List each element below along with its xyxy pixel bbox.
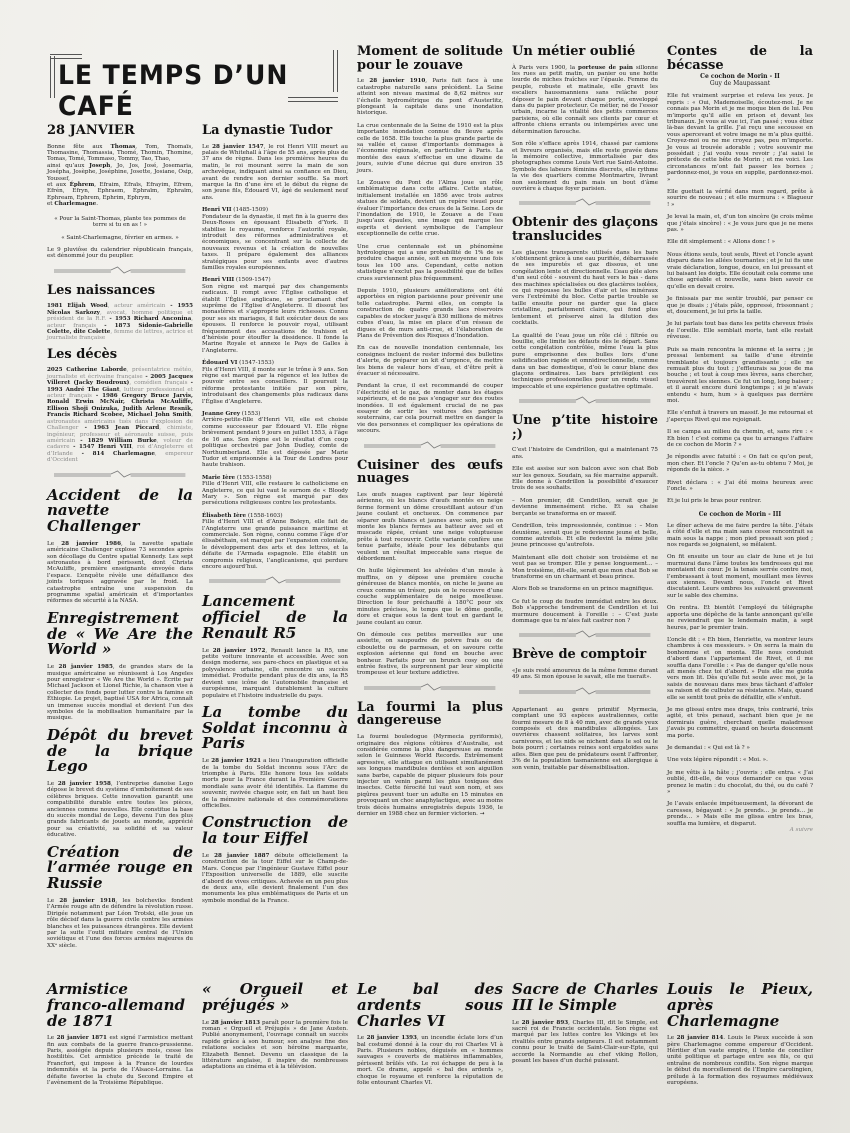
bottom-body: Le 28 janvier 1871 est signé l’armistice… (47, 1035, 193, 1086)
conte-para: Je finissais par me sentir troublé, par … (667, 296, 813, 315)
r5-body: Le 28 janvier 1972, Renault lance la R5,… (202, 648, 348, 699)
bottom-body: Le 28 janvier 814. Louis le Pieux succèd… (667, 1035, 813, 1086)
contes-subtitle: Ce cochon de Morin - II (667, 73, 813, 80)
bottom-heading: Armistice franco-allemand de 1871 (47, 982, 193, 1029)
conte-para: On fit ensuite un tour au clair de lune … (667, 554, 813, 599)
conte-para: Elle guettait la vérité dans mon regard,… (667, 189, 813, 208)
bottom-heading: « Orgueil et préjugés » (202, 982, 348, 1014)
oeufs-heading: Cuisiner des œufs nuages (357, 459, 503, 486)
tudor-ruler: Jeanne Grey (1553)Arrière-petite-fille d… (202, 411, 348, 469)
lego-body: Le 28 janvier 1958, l’entreprise danoise… (47, 781, 193, 839)
fetes-paragraph: Bonne fête aux Thomas, Tom, Thomaïs, Tho… (47, 144, 193, 208)
column-1: 28 JANVIER Bonne fête aux Thomas, Tom, T… (47, 124, 193, 955)
naissances-heading: Les naissances (47, 284, 193, 298)
tudor-ruler: Henri VIII (1509-1547)Son règne est marq… (202, 277, 348, 354)
fourmi-heading: La fourmi la plus dangereuse (357, 701, 503, 728)
bottom-heading: Le bal des ardents sous Charles VI (357, 982, 503, 1029)
conte-para: Je lui parlais tout bas dans les petits … (667, 321, 813, 340)
conte-para: Elle dit simplement : « Allons donc ! » (667, 239, 813, 245)
eiffel-heading: Construction de la tour Eiffel (202, 815, 348, 847)
deces-list: 2025 Catherine Laborde, présentatrice mé… (47, 367, 193, 463)
histoire-para: Alors Bob se transforme en un prince mag… (512, 586, 658, 592)
contes-subtitle-2: Ce cochon de Morin - III (667, 511, 813, 518)
ornament-divider (519, 396, 650, 406)
histoire-para: Cendrillon, très impressionnée, continue… (512, 523, 658, 549)
bottom-body: Le 28 janvier 1393, un incendie éclate l… (357, 1035, 503, 1086)
zouave-heading: Moment de solitude pour le zouave (357, 45, 503, 72)
conte-para: Et je lui pris le bras pour rentrer. (667, 498, 813, 504)
fourmi-continued: Appartenant au genre primitif Myrmecia, … (512, 707, 658, 771)
lego-heading: Dépôt du brevet de la brique Lego (47, 728, 193, 775)
armee-body: Le 28 janvier 1918, les bolcheviks fonde… (47, 898, 193, 949)
histoire-heading: Une p’tite histoire ;) (512, 414, 658, 441)
zouave-p5: Depuis 1910, plusieurs améliorations ont… (357, 288, 503, 339)
conte-para: Je levai la main, et, d’un ton sincère (… (667, 214, 813, 233)
ornament-divider (519, 687, 650, 697)
conte-para: Nous étions seuls, tout seuls, Rivet et … (667, 252, 813, 290)
weare-heading: Enregistrement de « We Are the World » (47, 611, 193, 658)
zouave-p2: La crue centennale de la Seine de 1910 e… (357, 123, 503, 174)
ornament-divider (364, 683, 495, 693)
conte-para: Je l’avais enlacée impétueusement, la dé… (667, 801, 813, 827)
republican-calendar: Le 9 pluviôse du calendrier républicain … (47, 247, 193, 260)
bottom-article-1: Armistice franco-allemand de 1871 Le 28 … (47, 982, 193, 1093)
masthead-frame-left (50, 56, 55, 98)
ornament-divider (54, 266, 185, 276)
tudor-ruler: Henri VII (1485-1509)Fondateur de la dyn… (202, 207, 348, 271)
oeufs-p1: Les œufs nuages captivent par leur légèr… (357, 492, 503, 562)
zouave-p3: Le Zouave du Pont de l’Alma joue un rôle… (357, 180, 503, 238)
metier-p1: À Paris vers 1900, la porteuse de pain s… (512, 65, 658, 135)
glacons-p1: Les glaçons transparents utilisés dans l… (512, 250, 658, 327)
tudor-intro: Le 28 janvier 1547, le roi Henri VIII me… (202, 144, 348, 202)
proverb-2: « Saint-Charlemagne, février en armes. » (47, 235, 193, 241)
glacons-p2: La qualité de l’eau joue un rôle clé : f… (512, 333, 658, 391)
oeufs-p2: On huile légèrement les alvéoles d’un mo… (357, 568, 503, 626)
bottom-heading: Louis le Pieux, après Charlemagne (667, 982, 813, 1029)
conte-para: Le dîner acheva de me faire perdre la tê… (667, 523, 813, 549)
deces-heading: Les décès (47, 348, 193, 362)
armee-heading: Création de l’armée rouge en Russie (47, 845, 193, 892)
glacons-heading: Obtenir des glaçons translucides (512, 216, 658, 243)
eiffel-body: Le 28 janvier 1887 débute officiellement… (202, 853, 348, 904)
histoire-para: – Mon premier, dit Cendrillon, serait qu… (512, 498, 658, 517)
breve-quote: «Je suis resté amoureux de la même femme… (512, 668, 658, 681)
column-5: Contes de la bécasse Ce cochon de Morin … (667, 45, 813, 833)
column-3: Moment de solitude pour le zouave Le 28 … (357, 45, 503, 823)
tudor-ruler: Édouard VI (1547-1553)Fils d’Henri VIII,… (202, 360, 348, 405)
bottom-body: Le 28 janvier 893, Charles III, dit le S… (512, 1020, 658, 1065)
zouave-p1: Le 28 janvier 1910, Paris fait face à un… (357, 78, 503, 116)
challenger-body: Le 28 janvier 1986, la navette spatiale … (47, 541, 193, 605)
conte-para: Je me glissai entre mes draps, très cont… (667, 707, 813, 739)
column-2: La dynastie Tudor Le 28 janvier 1547, le… (202, 124, 348, 910)
soldat-body: Le 28 janvier 1921 a lieu l’inauguration… (202, 758, 348, 809)
zouave-p6: En cas de nouvelle inondation centennale… (357, 345, 503, 377)
arrow-right-icon: → (480, 811, 485, 817)
naissances-list: 1981 Elijah Wood, acteur américain - 195… (47, 303, 193, 341)
ornament-divider (209, 576, 340, 586)
contes-heading: Contes de la bécasse (667, 45, 813, 72)
conte-para: Rivet déclara : « J’ai été moins heureux… (667, 480, 813, 493)
proverb-1: « Pour la Saint-Thomas, plante tes pomme… (53, 216, 187, 229)
oeufs-p3: On démoule ces petites merveilles sur un… (357, 632, 503, 677)
masthead-title: LE TEMPS D’UN CAFÉ (58, 60, 318, 122)
conte-para: Je me vêtis à la hâte ; j’ouvris ; elle … (667, 770, 813, 796)
fourmi-body: La fourmi bouledogue (Myrmecia pyriformi… (357, 734, 503, 817)
challenger-heading: Accident de la navette Challenger (47, 488, 193, 535)
tudor-heading: La dynastie Tudor (202, 124, 348, 138)
masthead-frame-right (333, 50, 338, 92)
histoire-para: Maintenant elle doit choisir son troisiè… (512, 555, 658, 581)
contes-author: Guy de Maupassant (667, 80, 813, 87)
metier-p2: Son rôle s’efface après 1914, chassé par… (512, 141, 658, 192)
conte-para: On rentra. Et bientôt l’employé du télég… (667, 605, 813, 631)
bottom-article-2: « Orgueil et préjugés » Le 28 janvier 18… (202, 982, 348, 1077)
masthead: LE TEMPS D’UN CAFÉ (48, 48, 338, 102)
date-heading: 28 JANVIER (47, 124, 193, 138)
conte-para: Je demandai : « Qui est là ? » (667, 745, 813, 751)
breve-heading: Brève de comptoir (512, 648, 658, 662)
r5-heading: Lancement officiel de la Renault R5 (202, 594, 348, 641)
zouave-p7: Pendant la crue, il est recommandé de co… (357, 383, 503, 434)
conte-para: Puis sa main rencontra la mienne et la s… (667, 347, 813, 405)
conte-para: L’oncle dit : « Eh bien, Henriette, va m… (667, 637, 813, 701)
bottom-article-4: Sacre de Charles III le Simple Le 28 jan… (512, 982, 658, 1070)
bottom-heading: Sacre de Charles III le Simple (512, 982, 658, 1014)
zouave-p4: Une crue centennale est un phénomène hyd… (357, 244, 503, 282)
bottom-article-5: Louis le Pieux, après Charlemagne Le 28 … (667, 982, 813, 1093)
conte-para: Elle s’enfuit à travers un massif. Je me… (667, 410, 813, 423)
tudor-ruler: Marie Ière (1553-1558)Fille d’Henri VIII… (202, 475, 348, 507)
conte-para: Une voix légère répondit : « Moi. ». (667, 757, 813, 763)
column-4: Un métier oublié À Paris vers 1900, la p… (512, 45, 658, 777)
to-be-continued: A suivre (667, 827, 813, 833)
conte-para: Elle fut vraiment surprise et releva les… (667, 93, 813, 183)
metier-heading: Un métier oublié (512, 45, 658, 59)
bottom-body: Le 28 janvier 1813 paraît pour la premiè… (202, 1020, 348, 1071)
ornament-divider (54, 470, 185, 480)
conte-para: Il se campa au milieu du chemin, et, san… (667, 429, 813, 448)
ornament-divider (519, 198, 650, 208)
tudor-ruler: Élisabeth Ière (1558-1603)Fille d’Henri … (202, 513, 348, 571)
weare-body: Le 28 janvier 1985, de grandes stars de … (47, 664, 193, 722)
conte-para: Je répondis avec fatuité : « On fait ce … (667, 454, 813, 473)
ornament-divider (364, 441, 495, 451)
histoire-para: C’est l’histoire de Cendrillon, qui a ma… (512, 447, 658, 460)
soldat-heading: La tombe du Soldat inconnu à Paris (202, 705, 348, 752)
histoire-para: Ce fut le coup de foudre immédiat entre … (512, 599, 658, 625)
bottom-article-3: Le bal des ardents sous Charles VI Le 28… (357, 982, 503, 1093)
ornament-divider (519, 630, 650, 640)
histoire-para: Elle est assise sur son balcon avec son … (512, 466, 658, 492)
